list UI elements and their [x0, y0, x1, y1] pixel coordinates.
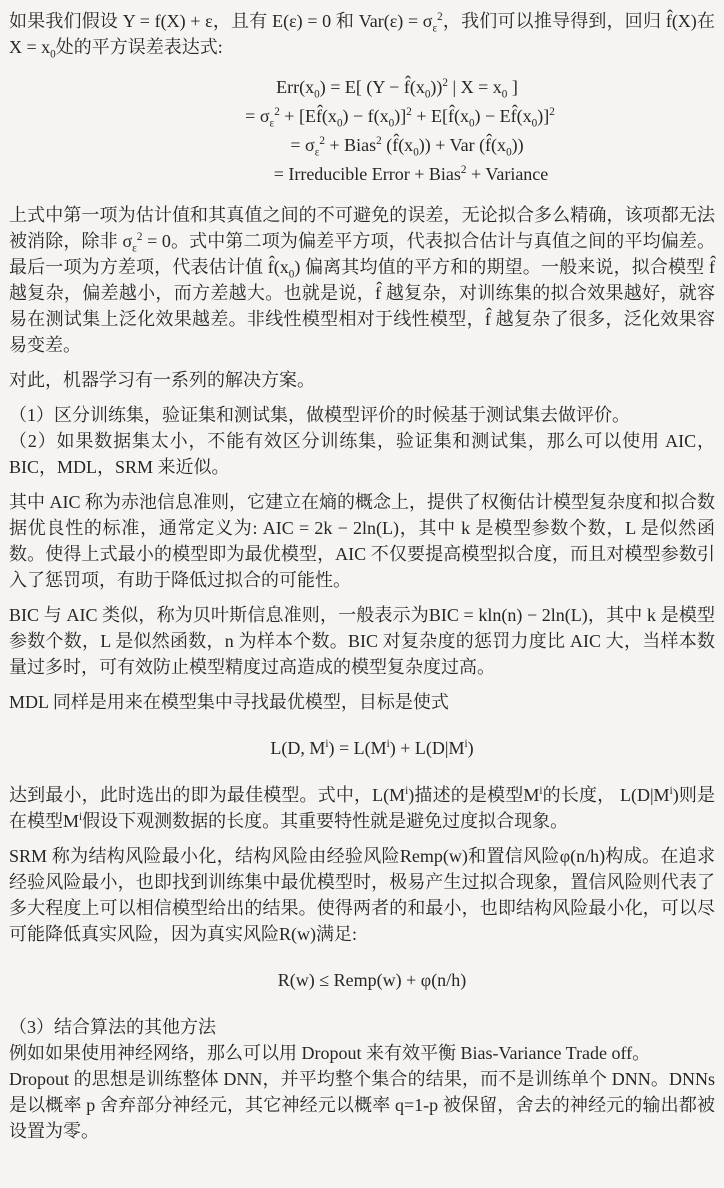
- equation-line-irreducible: = Irreducible Error + Bias2 + Variance: [79, 161, 715, 188]
- paragraph-bic: BIC 与 AIC 类似，称为贝叶斯信息准则，一般表示为BIC = kln(n)…: [9, 602, 715, 680]
- method3-section: （3）结合算法的其他方法 例如如果使用神经网络，那么可以用 Dropout 来有…: [9, 1014, 715, 1144]
- solution-item-2: （2）如果数据集太小，不能有效区分训练集，验证集和测试集，那么可以使用 AIC，…: [9, 428, 715, 480]
- method3-heading: （3）结合算法的其他方法: [9, 1014, 715, 1040]
- equation-line-err: Err(x0) = E[ (Y − f̂(x0))2 | X = x0 ]: [79, 74, 715, 101]
- paragraph-mdl-explanation: 达到最小，此时选出的即为最佳模型。式中，L(Mi)描述的是模型Mi的长度， L(…: [9, 782, 715, 834]
- paragraph-intro: 如果我们假设 Y = f(X) + ε，且有 E(ε) = 0 和 Var(ε)…: [9, 8, 715, 60]
- paragraph-srm: SRM 称为结构风险最小化，结构风险由经验风险Remp(w)和置信风险φ(n/h…: [9, 843, 715, 947]
- paragraph-dropout-detail: Dropout 的思想是训练整体 DNN，并平均整个集合的结果，而不是训练单个 …: [9, 1066, 715, 1144]
- paragraph-mdl-intro: MDL 同样是用来在模型集中寻找最优模型，目标是使式: [9, 689, 715, 715]
- paragraph-aic: 其中 AIC 称为赤池信息准则，它建立在熵的概念上，提供了权衡估计模型复杂度和拟…: [9, 489, 715, 593]
- equation-line-bias-var: = σε2 + Bias2 (f̂(x0)) + Var (f̂(x0)): [79, 132, 715, 159]
- equation-line-decomposition: = σε2 + [Ef̂(x0) − f(x0)]2 + E[f̂(x0) − …: [79, 103, 715, 130]
- equation-srm: R(w) ≤ Remp(w) + φ(n/h): [9, 967, 715, 994]
- solution-list: （1）区分训练集，验证集和测试集，做模型评价的时候基于测试集去做评价。 （2）如…: [9, 402, 715, 480]
- paragraph-solutions-intro: 对此，机器学习有一系列的解决方案。: [9, 367, 715, 393]
- paragraph-dropout-intro: 例如如果使用神经网络，那么可以用 Dropout 来有效平衡 Bias-Vari…: [9, 1040, 715, 1066]
- equation-squared-error: Err(x0) = E[ (Y − f̂(x0))2 | X = x0 ] = …: [9, 74, 715, 188]
- equation-mdl: L(D, Mi) = L(Mi) + L(D|Mi): [9, 735, 715, 762]
- paragraph-analysis: 上式中第一项为估计值和其真值之间的不可避免的误差，无论拟合多么精确，该项都无法被…: [9, 202, 715, 358]
- document-page: 如果我们假设 Y = f(X) + ε，且有 E(ε) = 0 和 Var(ε)…: [0, 0, 724, 1188]
- solution-item-1: （1）区分训练集，验证集和测试集，做模型评价的时候基于测试集去做评价。: [9, 402, 715, 428]
